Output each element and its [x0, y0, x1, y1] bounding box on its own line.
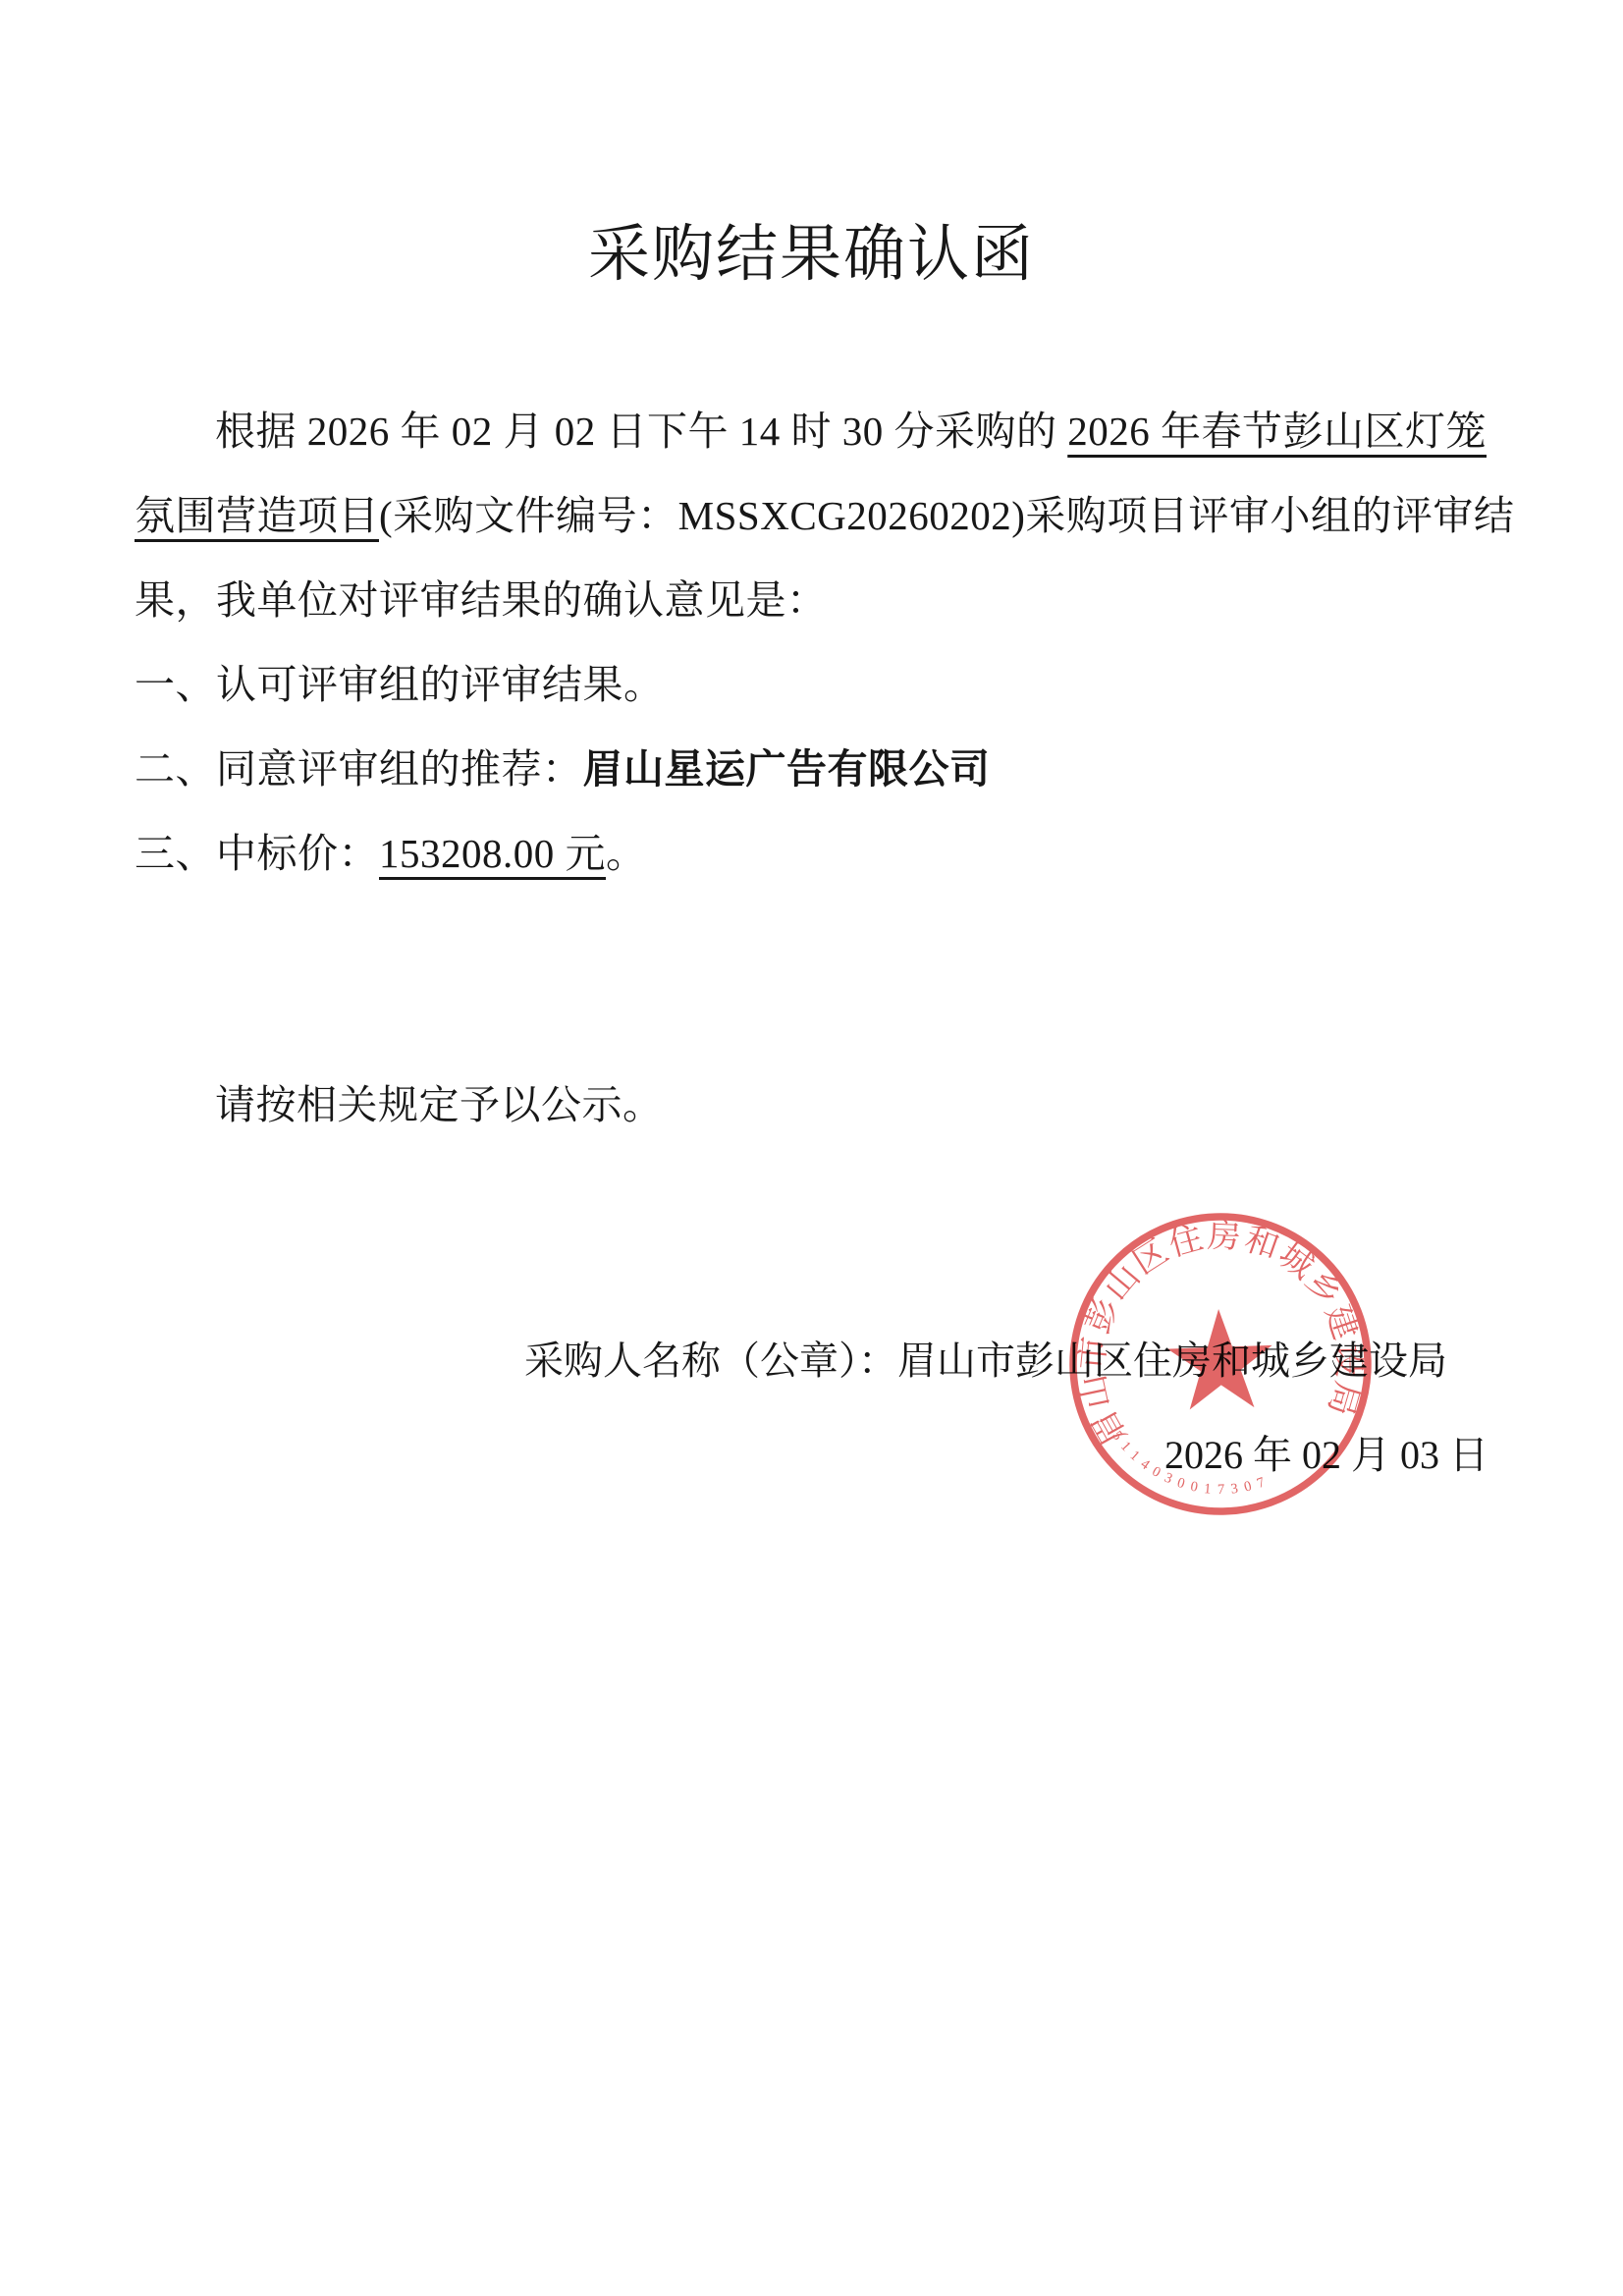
item-3-period: 。 [606, 831, 647, 876]
document-number-text: (采购文件编号：MSSXCG20260202)采购项目评审小组的评审结 [379, 493, 1514, 538]
winning-price: 153208.00 元 [379, 831, 606, 876]
project-name-part-2: 氛围营造项目 [135, 493, 379, 538]
document-title: 采购结果确认函 [0, 204, 1623, 294]
intro-text: 根据 2026 年 02 月 02 日下午 14 时 30 分采购的 [215, 409, 1067, 454]
item-2-label: 二、同意评审组的推荐： [135, 746, 583, 792]
winning-company-name: 眉山星运广告有限公司 [583, 746, 991, 792]
paragraph-line-1: 根据 2026 年 02 月 02 日下午 14 时 30 分采购的 2026 … [135, 389, 1499, 473]
paragraph-line-3: 果，我单位对评审结果的确认意见是： [135, 558, 1499, 642]
list-item-3: 三、中标价：153208.00 元。 [135, 811, 1499, 896]
item-3-label: 三、中标价： [135, 831, 379, 876]
document-body: 根据 2026 年 02 月 02 日下午 14 时 30 分采购的 2026 … [135, 389, 1499, 896]
list-item-1: 一、认可评审组的评审结果。 [135, 642, 1499, 727]
seal-star-icon [1166, 1307, 1274, 1410]
official-seal: 眉山市彭山区住房和城乡建设局 5114030017307 [1056, 1200, 1383, 1527]
seal-serial-number: 5114030017307 [1109, 1423, 1273, 1502]
project-name-part-1: 2026 年春节彭山区灯笼 [1067, 409, 1487, 454]
document-page: 采购结果确认函 根据 2026 年 02 月 02 日下午 14 时 30 分采… [0, 0, 1623, 2296]
list-item-2: 二、同意评审组的推荐：眉山星运广告有限公司 [135, 727, 1499, 811]
paragraph-line-2: 氛围营造项目(采购文件编号：MSSXCG20260202)采购项目评审小组的评审… [135, 473, 1499, 558]
notice-line: 请按相关规定予以公示。 [135, 1072, 664, 1130]
